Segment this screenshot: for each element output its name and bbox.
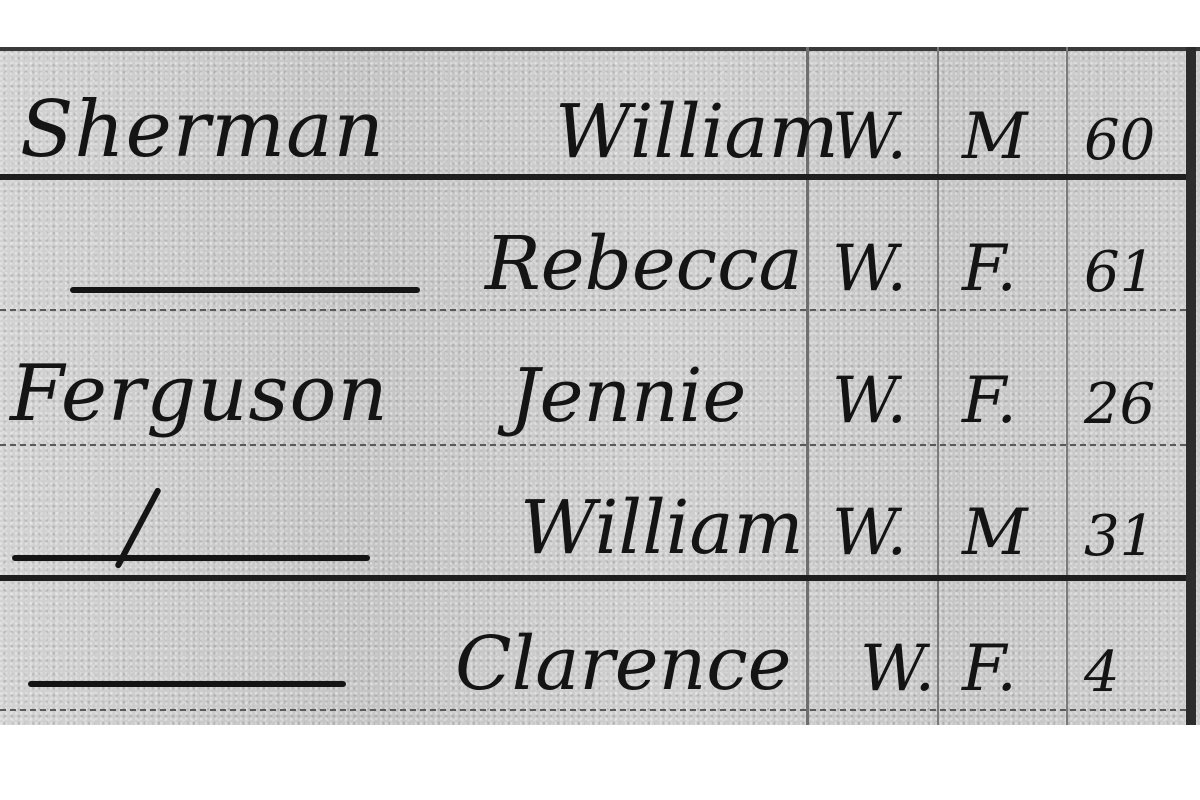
census-row: William W. M 31 [0, 443, 1186, 575]
census-row: Clarence W. F. 4 [0, 579, 1186, 711]
race-cell: W. [832, 237, 907, 301]
given-name-cell: William [520, 491, 804, 565]
race-cell: W. [832, 105, 907, 169]
sex-cell: F. [962, 369, 1017, 433]
page-edge [1186, 47, 1196, 725]
given-name-cell: Jennie [510, 359, 746, 433]
census-row: Ferguson Jennie W. F. 26 [0, 311, 1186, 443]
age-cell: 31 [1084, 509, 1155, 565]
race-cell: W. [860, 637, 935, 701]
age-cell: 4 [1084, 645, 1120, 701]
age-cell: 61 [1084, 245, 1155, 301]
census-row: Rebecca W. F. 61 [0, 179, 1186, 311]
census-scan: Sherman William W. M 60 Rebecca W. F. 61… [0, 47, 1200, 725]
race-cell: W. [832, 501, 907, 565]
ditto-mark [12, 555, 370, 561]
race-cell: W. [832, 369, 907, 433]
ditto-mark [70, 287, 420, 293]
given-name-cell: Rebecca [485, 227, 803, 301]
ditto-mark [28, 681, 346, 687]
surname-cell: Ferguson [10, 355, 389, 433]
census-row: Sherman William W. M 60 [0, 47, 1186, 179]
sex-cell: M [962, 501, 1028, 565]
age-cell: 26 [1084, 377, 1155, 433]
age-cell: 60 [1084, 113, 1155, 169]
sex-cell: F. [962, 237, 1017, 301]
sex-cell: F. [962, 637, 1017, 701]
surname-cell: Sherman [20, 91, 385, 169]
given-name-cell: William [555, 95, 839, 169]
given-name-cell: Clarence [455, 627, 791, 701]
sex-cell: M [962, 105, 1028, 169]
